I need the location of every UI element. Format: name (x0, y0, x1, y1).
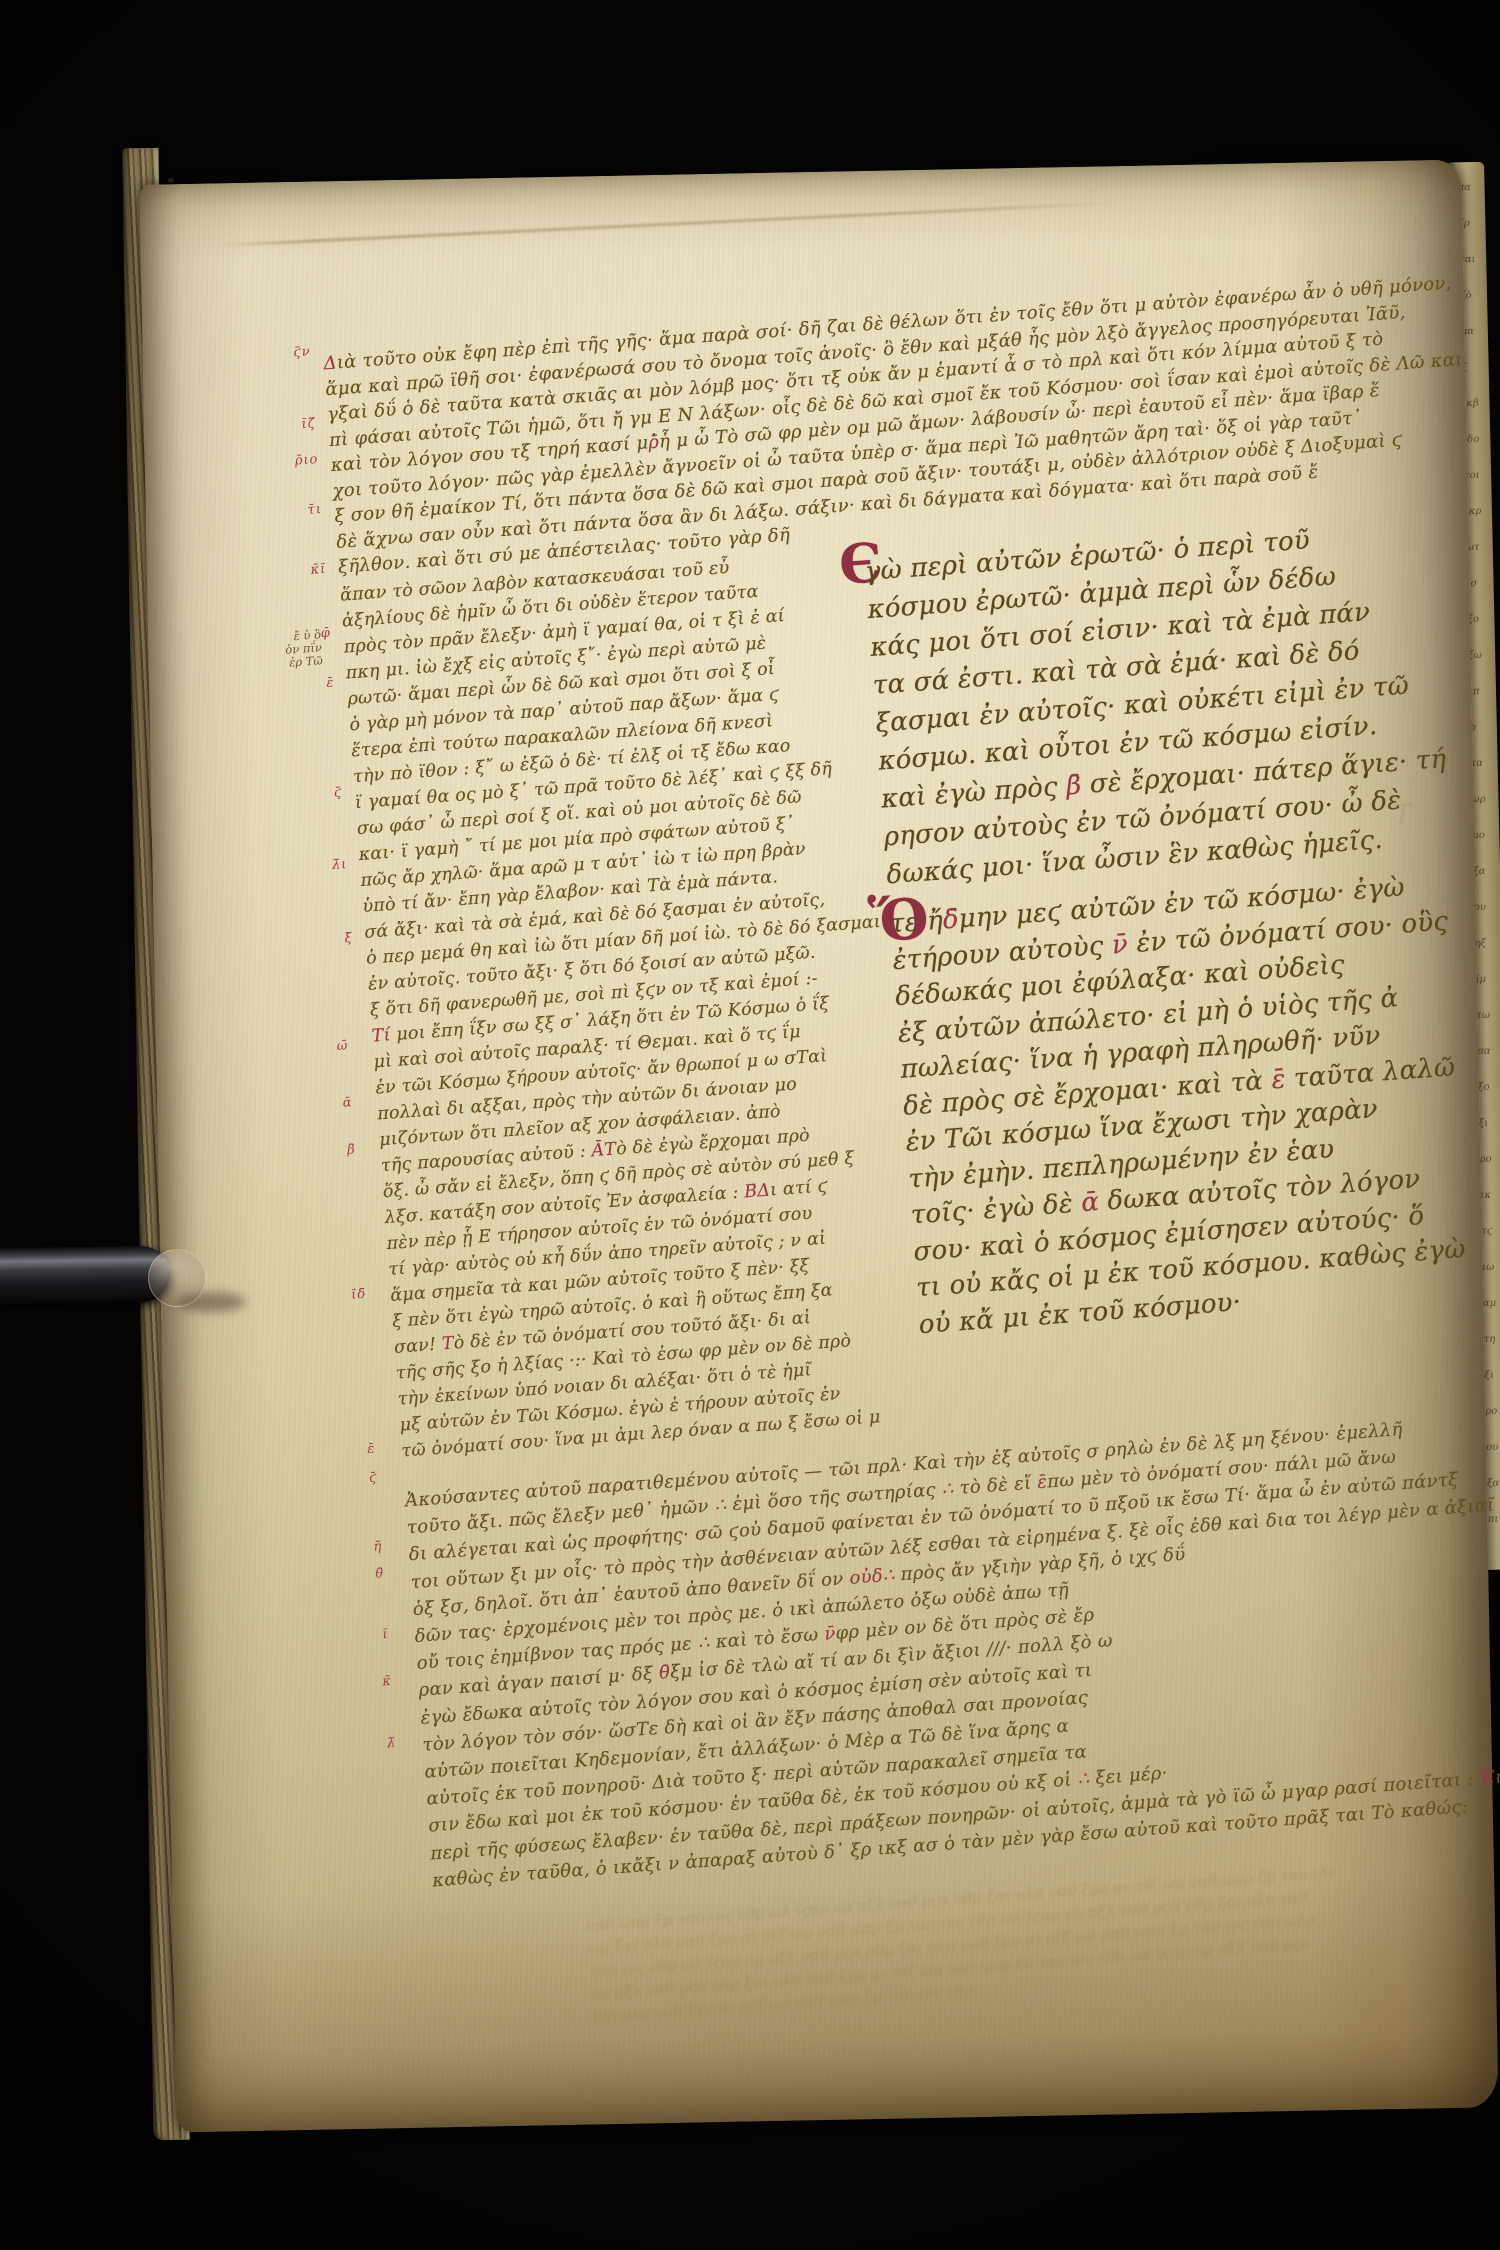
stain-speck (168, 178, 174, 183)
parchment-crease (216, 201, 1120, 247)
margin-rubric-letter: λ̄ (350, 1736, 397, 1754)
fore-edge-fragment: τα (1470, 746, 1497, 783)
fore-edge-fragment: ξω (1468, 638, 1495, 675)
rubric-span: ε̄ (1037, 1472, 1048, 1494)
rubric-span: ῥ̄ (648, 432, 660, 454)
fore-edge-fragment: ἰσ (1466, 566, 1493, 603)
fore-edge-fragment: ου (1486, 1429, 1500, 1466)
rubric-span: ν̄ (824, 1623, 837, 1645)
rubric-span: Τί (371, 1025, 391, 1046)
fore-edge-fragment: αμ (1483, 1285, 1500, 1322)
rubric-span: ε̄ (1270, 1064, 1286, 1095)
fore-edge-fragment: μο (1472, 818, 1499, 855)
rubric-span: Δ (757, 1181, 771, 1202)
margin-rubric-letter: β̄ (309, 1142, 356, 1160)
rubric-span: οὐδ∴ (849, 1564, 896, 1588)
margin-rubric-letter: ϛ̄ (331, 1470, 378, 1488)
fore-edge-fragment: ρο (1479, 1141, 1500, 1178)
fore-edge-fragment: τϛ (1481, 1213, 1500, 1250)
fore-edge-fragment: ϊμ (1475, 961, 1500, 998)
margin-rubric-letter: ε̄ (329, 1441, 376, 1459)
margin-rubric-letter: λ̄ι (301, 857, 348, 875)
rubric-span: Τ (441, 1334, 454, 1355)
rubric-span: β̄ (1065, 770, 1082, 801)
fore-edge-fragment: ιδο (1463, 422, 1490, 459)
fore-edge-fragment: ξο (1478, 1069, 1500, 1106)
gospel-text-column-paragraph-1: γὼ περὶ αὐτῶν ἐρωτῶ· ὁ περὶ τοῦκόσμου ἐρ… (863, 515, 1421, 894)
margin-rubric-letter: τ̄ι (276, 502, 323, 520)
margin-rubric-letter: ῑ (342, 1627, 389, 1645)
fore-edge-fragment: ξο (1467, 602, 1494, 639)
fore-edge-fragment: ιω (1482, 1249, 1500, 1286)
margin-rubric-letter: ξ̄ (306, 931, 353, 949)
fore-edge-fragment: πα (1477, 1033, 1500, 1070)
margin-rubric-letter: ρ̄ιο (272, 452, 319, 470)
rubric-span: δ̄ (942, 904, 960, 935)
showthrough-text: ναθ ωπρ ξμ ταο ινς εθμ ωλ ϊςαρ ομ πξλ να… (585, 1850, 1491, 2029)
manuscript-page: Διὰ τοῦτο οὐκ ἔφη πὲρ ἐπὶ τῆς γῆς· ἅμα π… (139, 159, 1498, 2132)
rubric-span: ᾱ (1080, 1187, 1100, 1218)
rubric-span: Δ (323, 352, 338, 374)
fore-edge-fragment: ιπ (1469, 674, 1496, 711)
rubric-span: Τ (604, 1139, 617, 1160)
fore-edge-fragment: ωτ (1465, 530, 1492, 567)
bottom-commentary-block: Ἀκούσαντες αὐτοῦ παρατιθεμένου αὐτοῖς — … (404, 1412, 1488, 1895)
rubric-span: ν̄ (1111, 929, 1129, 960)
rubric-span: ∴ (1077, 1769, 1090, 1791)
rubric-span: θ̄ (658, 1662, 671, 1684)
fore-edge-fragment: ρο (1485, 1393, 1500, 1430)
faint-pencil-mark: T (1393, 799, 1412, 830)
fore-edge-fragment: τη (1483, 1321, 1500, 1358)
fore-edge-fragment: τω (1476, 997, 1500, 1034)
margin-rubric-letter: κ̄ῑ (280, 562, 327, 580)
margin-rubric-letter: ϛ̄ν (264, 344, 311, 362)
fore-edge-fragment: ξα (1473, 854, 1500, 891)
rubric-span: Ἐ (1479, 1767, 1496, 1789)
margin-rubric-letter: ε̄ (288, 675, 335, 693)
page-holder-clamp-rod (0, 1246, 170, 1304)
fore-edge-fragment: ξι (1478, 1105, 1500, 1142)
margin-rubric-letter: η̄ (336, 1539, 383, 1557)
margin-rubric-letter: ϛ̄ (296, 785, 343, 803)
fore-edge-fragment: ηξ (1474, 926, 1500, 963)
fore-edge-fragment: ικρ (1465, 494, 1492, 531)
margin-rubric-letter: ᾱ (306, 1095, 353, 1113)
text-layer: Διὰ τοῦτο οὐκ ἔφη πὲρ ἐπὶ τῆς γῆς· ἅμα π… (323, 275, 1500, 2047)
rubric-span: ∴ (697, 1632, 710, 1654)
fore-edge-fragment: ου (1474, 890, 1500, 927)
left-commentary-column: ἅπαν τὸ σῶον λαβὸν κατασκευάσαι τοῦ εὖἀξ… (339, 549, 871, 1464)
rubric-span: ∴ (941, 1478, 954, 1500)
margin-rubric-letter: ω̄ (302, 1038, 349, 1056)
margin-rubric-letter: κ̄ (346, 1674, 393, 1692)
fore-edge-fragment: ικ (1480, 1177, 1500, 1214)
margin-rubric-letter: ῑδ̄ (320, 1287, 367, 1305)
rubric-span: ∴ (714, 1495, 727, 1517)
gospel-text-column-paragraph-2: τε ἤδ̄μην μεϛ αὐτῶν ἐν τῶ κόσμω· ἐγὼἐτήρ… (889, 868, 1454, 1343)
manuscript-photo: παξρταιξὸμαξικβιδοτοιικρωτἰσξοξωιπρταωρμ… (0, 0, 1500, 2250)
fore-edge-fragment: ωρ (1471, 782, 1498, 819)
fore-edge-fragment: ξι (1484, 1357, 1500, 1394)
page-holder-clamp-tip (148, 1249, 206, 1307)
fore-edge-fragment: τοι (1464, 458, 1491, 495)
margin-gloss-note: ἔ ὑ ὃὀν πΐνἐρ Τῶ (247, 628, 324, 672)
margin-rubric-letter: θ̄ (338, 1566, 385, 1584)
margin-rubric-letter: ῑζ̄ (269, 416, 316, 434)
fore-edge-fragment: ρ (1469, 710, 1496, 747)
